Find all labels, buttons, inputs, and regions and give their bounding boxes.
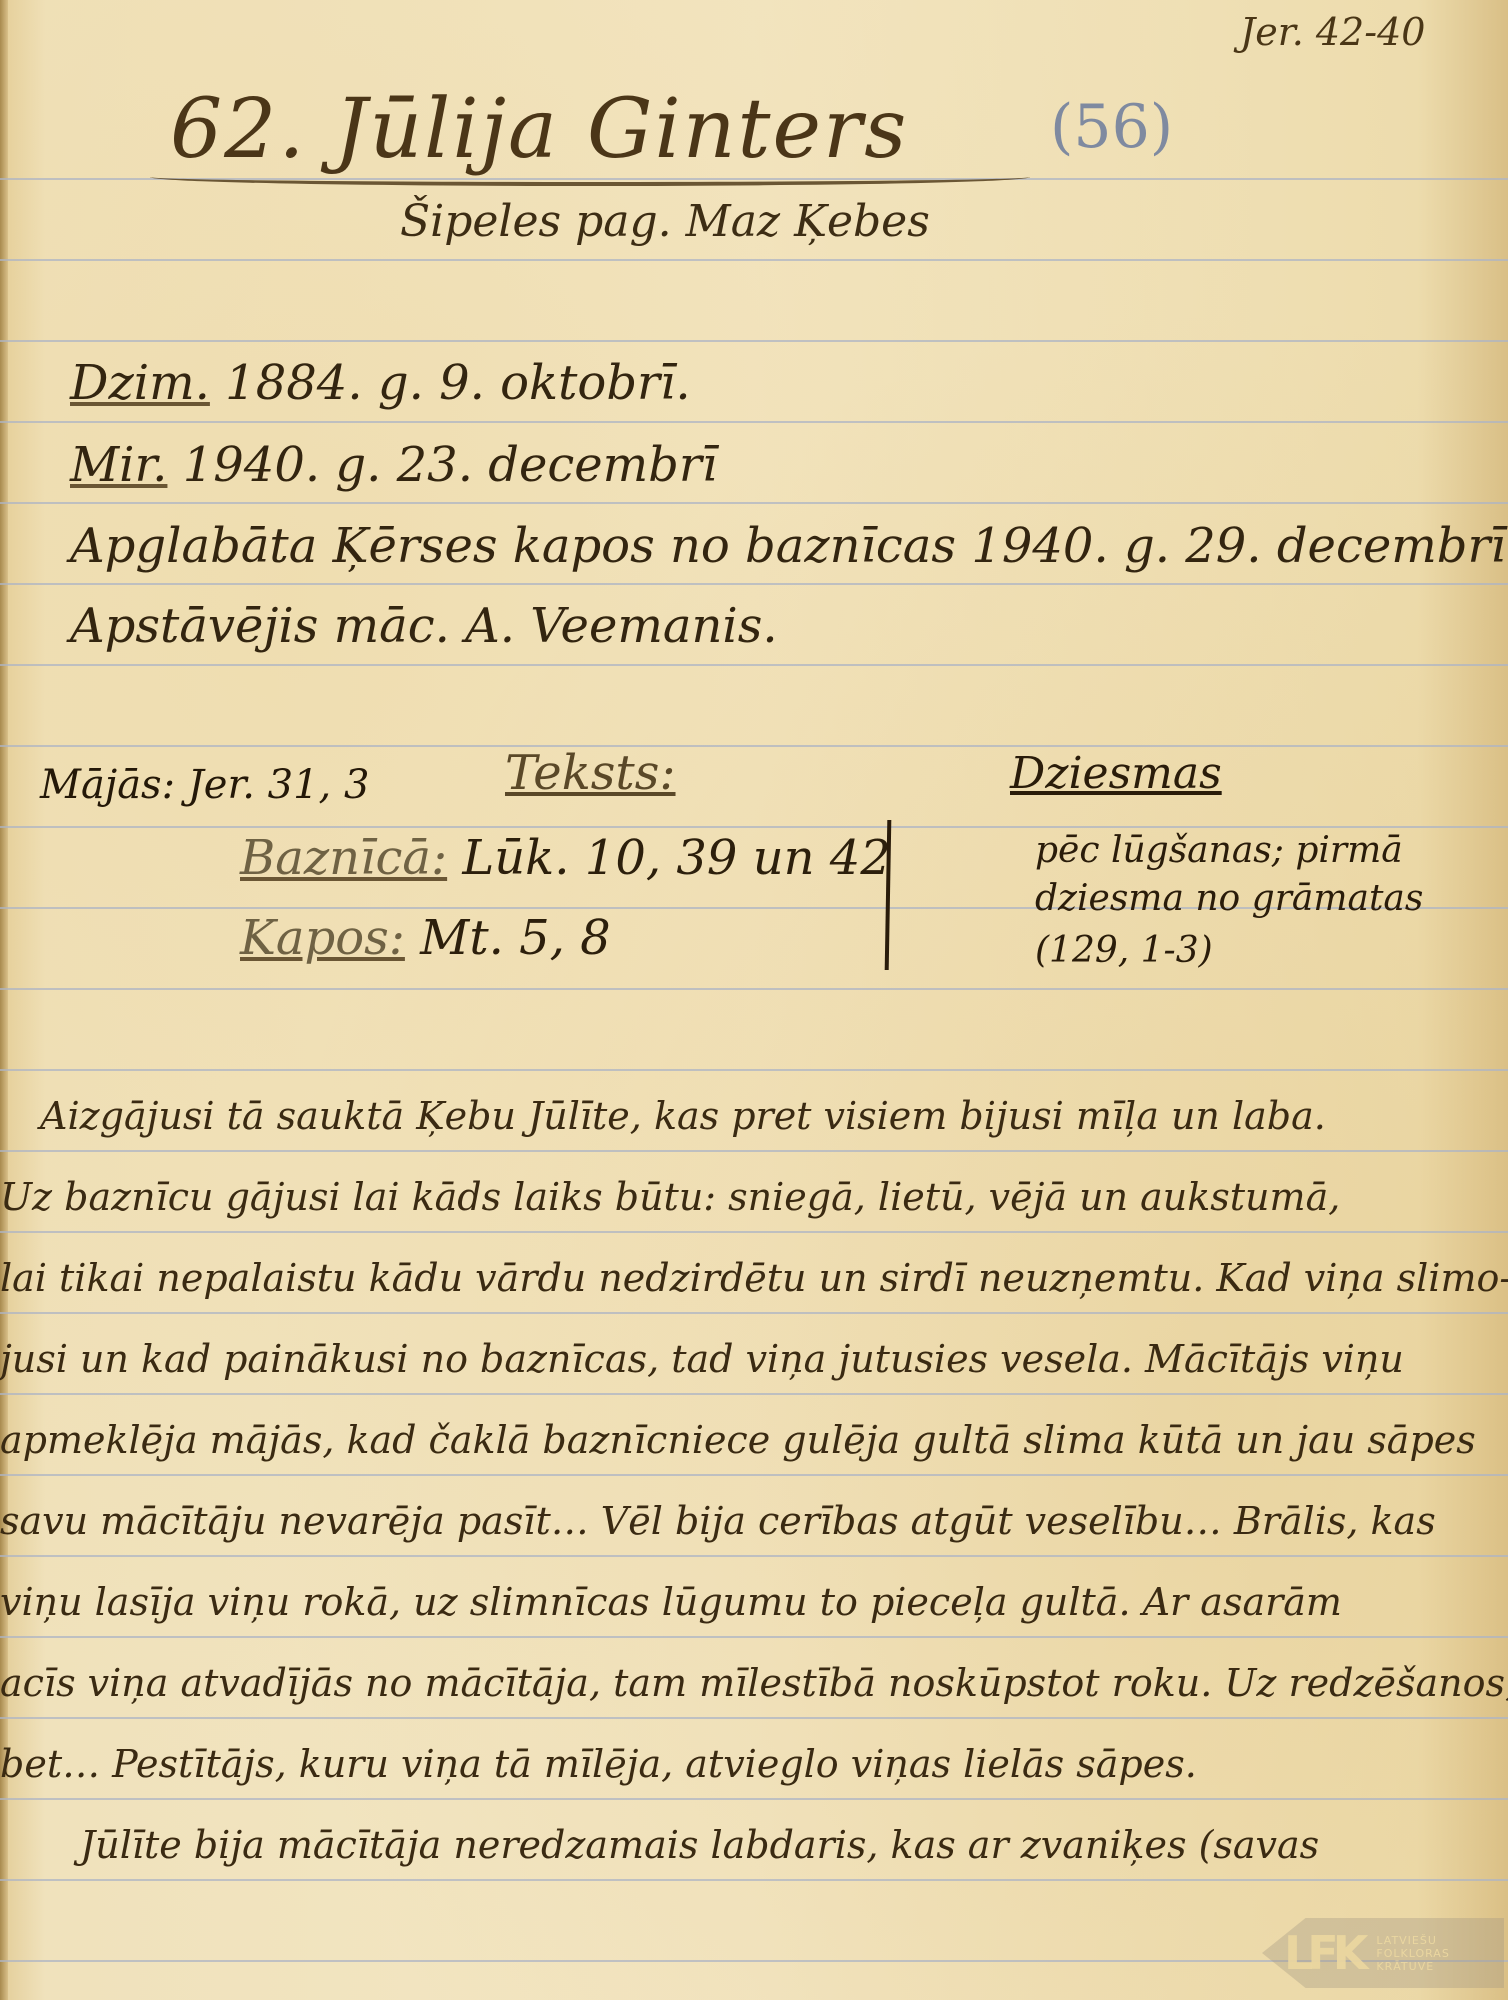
narrative-line: lai tikai nepalaistu kādu vārdu nedzirdē… xyxy=(0,1256,1508,1300)
home-text-reference: Mājās: Jer. 31, 3 xyxy=(40,762,369,808)
rule-line xyxy=(0,1555,1508,1557)
archive-name-line: KRĀTUVE xyxy=(1376,1960,1449,1973)
reference-code: Jer. 42-40 xyxy=(1240,10,1425,54)
texts-heading: Teksts: xyxy=(505,745,676,801)
rule-line xyxy=(0,259,1508,261)
rule-line xyxy=(0,826,1508,828)
born-label: Dzim. xyxy=(70,355,210,411)
narrative-line: Aizgājusi tā sauktā Ķebu Jūlīte, kas pre… xyxy=(40,1094,1326,1138)
archive-name-line: LATVIEŠU xyxy=(1376,1934,1449,1947)
rule-line xyxy=(0,664,1508,666)
born-value: 1884. g. 9. oktobrī. xyxy=(225,355,690,411)
archive-watermark-logo: LFK LATVIEŠU FOLKLORAS KRĀTUVE xyxy=(1262,1918,1504,1988)
narrative-line: Jūlīte bija mācītāja neredzamais labdari… xyxy=(80,1823,1319,1867)
narrative-line: apmeklēja mājās, kad čaklā baznīcniece g… xyxy=(0,1418,1476,1462)
narrative-line: bet… Pestītājs, kuru viņa tā mīlēja, atv… xyxy=(0,1742,1197,1786)
rule-line xyxy=(0,1474,1508,1476)
rule-line xyxy=(0,1231,1508,1233)
archive-name-line: FOLKLORAS xyxy=(1376,1947,1449,1960)
notebook-page: Jer. 42-40 62. Jūlija Ginters (56) Šipel… xyxy=(0,0,1508,2000)
title-underline xyxy=(150,168,1030,186)
rule-line xyxy=(0,1879,1508,1881)
rule-line xyxy=(0,421,1508,423)
church-value: Lūk. 10, 39 un 42 xyxy=(462,830,890,886)
grave-text-reference: Kapos: Mt. 5, 8 xyxy=(240,910,611,966)
rule-line xyxy=(0,1312,1508,1314)
title-note: (56) xyxy=(1050,92,1173,162)
rule-line xyxy=(0,1393,1508,1395)
burial-entry: Apglabāta Ķērses kapos no baznīcas 1940.… xyxy=(70,518,1508,574)
rule-line xyxy=(0,1069,1508,1071)
page-title: 62. Jūlija Ginters xyxy=(170,82,908,177)
rule-line xyxy=(0,1150,1508,1152)
songs-line: dziesma no grāmatas xyxy=(1035,878,1423,919)
rule-line xyxy=(0,745,1508,747)
archive-name: LATVIEŠU FOLKLORAS KRĀTUVE xyxy=(1376,1934,1449,1973)
songs-line: pēc lūgšanas; pirmā xyxy=(1035,830,1403,871)
grave-label: Kapos: xyxy=(240,910,405,966)
narrative-line: Uz baznīcu gājusi lai kāds laiks būtu: s… xyxy=(0,1175,1340,1219)
subtitle-location: Šipeles pag. Maz Ķebes xyxy=(400,196,930,247)
church-text-reference: Baznīcā: Lūk. 10, 39 un 42 xyxy=(240,830,891,886)
rule-line xyxy=(0,1636,1508,1638)
died-entry: Mir. 1940. g. 23. decembrī xyxy=(70,437,717,493)
rule-line xyxy=(0,988,1508,990)
church-label: Baznīcā: xyxy=(240,830,447,886)
narrative-line: jusi un kad painākusi no baznīcas, tad v… xyxy=(0,1337,1404,1381)
rule-line xyxy=(0,340,1508,342)
rule-line xyxy=(0,502,1508,504)
rule-line xyxy=(0,1717,1508,1719)
archive-logo-icon: LFK xyxy=(1284,1926,1362,1980)
narrative-line: viņu lasīja viņu rokā, uz slimnīcas lūgu… xyxy=(0,1580,1342,1624)
rule-line xyxy=(0,1798,1508,1800)
born-entry: Dzim. 1884. g. 9. oktobrī. xyxy=(70,355,691,411)
narrative-line: acīs viņa atvadījās no mācītāja, tam mīl… xyxy=(0,1661,1508,1705)
narrative-line: savu mācītāju nevarēja pasīt… Vēl bija c… xyxy=(0,1499,1436,1543)
grave-value: Mt. 5, 8 xyxy=(420,910,611,966)
officiant-entry: Apstāvējis māc. A. Veemanis. xyxy=(70,598,778,654)
songs-line: (129, 1-3) xyxy=(1035,930,1213,971)
died-value: 1940. g. 23. decembrī xyxy=(183,437,717,493)
died-label: Mir. xyxy=(70,437,167,493)
songs-heading: Dziesmas xyxy=(1010,748,1222,799)
rule-line xyxy=(0,583,1508,585)
